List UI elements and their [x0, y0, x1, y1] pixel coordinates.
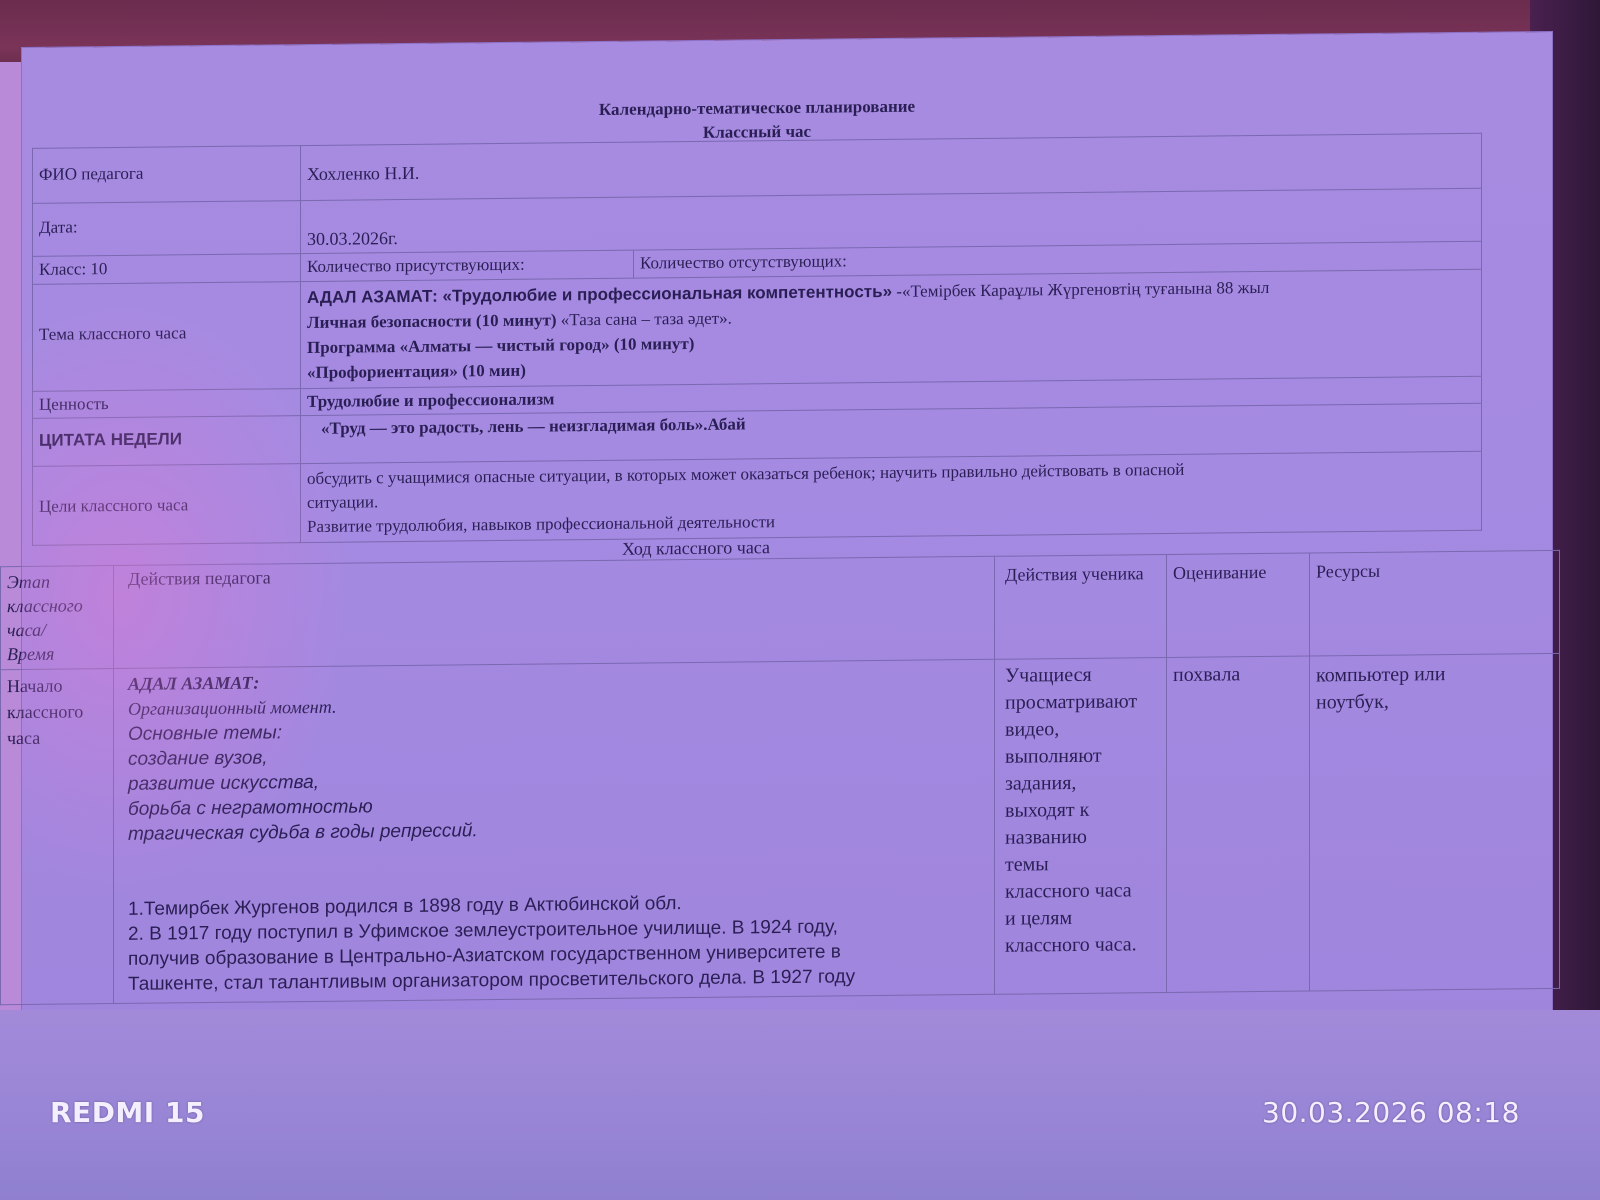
flow-table: Этап классного часа/ Время Действия педа… [0, 550, 1560, 1005]
student-line: выходят к [1005, 796, 1160, 825]
present-count-label: Количество присутствующих: [301, 250, 634, 281]
info-table: ФИО педагога Хохленко Н.И. Дата: 30.03.2… [32, 133, 1482, 546]
student-line: просматривают [1005, 688, 1160, 717]
student-line: задания, [1005, 769, 1160, 798]
header-stage: Этап классного часа/ Время [1, 566, 114, 670]
camera-device-watermark: REDMI 15 [50, 1096, 205, 1129]
header-stage-line: Этап [7, 569, 107, 594]
flow-caption: Ход классного часа [622, 537, 770, 560]
student-line: и целям [1005, 904, 1160, 933]
student-line: классного часа [1005, 877, 1160, 906]
table-row: Начало классного часа АДАЛ АЗАМАТ: Орган… [1, 653, 1560, 1004]
header-student-actions: Действия ученика [995, 555, 1167, 660]
stage-cell: Начало классного часа [1, 669, 114, 1005]
stage-line: часа [7, 724, 107, 751]
student-line: выполняют [1005, 742, 1160, 771]
goals-text: обсудить с учащимися опасные ситуации, в… [301, 451, 1482, 542]
topic-value: АДАЛ АЗАМАТ: «Трудолюбие и профессиональ… [301, 269, 1482, 388]
header-resources: Ресурсы [1310, 550, 1560, 656]
date-label: Дата: [33, 201, 301, 257]
header-stage-line: Время [7, 641, 107, 666]
student-line: темы [1005, 850, 1160, 879]
teacher-label: ФИО педагога [33, 146, 301, 204]
camera-timestamp-watermark: 30.03.2026 08:18 [1262, 1096, 1520, 1129]
resources-line: компьютер или [1316, 660, 1553, 689]
header-teacher-actions: Действия педагога [114, 556, 995, 668]
value-label: Ценность [33, 389, 301, 419]
header-stage-line: классного [7, 593, 107, 618]
goals-label: Цели классного часа [33, 464, 301, 546]
student-actions-cell: Учащиеся просматривают видео, выполняют … [995, 658, 1167, 995]
topic-line2-bold: Личная безопасности (10 минут) [307, 310, 557, 332]
topic-label: Тема классного часа [33, 282, 301, 392]
quote-label: ЦИТАТА НЕДЕЛИ [33, 416, 301, 467]
topic-line2-rest: «Таза сана – таза әдет». [557, 309, 732, 330]
header-stage-line: часа/ [7, 617, 107, 642]
class-label: Класс: 10 [33, 254, 301, 285]
assessment-cell: похвала [1167, 656, 1310, 992]
student-line: видео, [1005, 715, 1160, 744]
topic-line1-bold: АДАЛ АЗАМАТ: «Трудолюбие и профессиональ… [307, 282, 892, 307]
student-line: классного часа. [1005, 931, 1160, 960]
document-page: Календарно-тематическое планирование Кла… [22, 32, 1552, 1158]
topic-line1-rest: -«Темірбек Караұлы Жүргеновтің туғанына … [892, 278, 1269, 301]
stage-line: Начало [7, 672, 107, 699]
resources-line: ноутбук, [1316, 687, 1553, 716]
header-assessment: Оценивание [1167, 553, 1310, 657]
stage-line: классного [7, 698, 107, 725]
resources-cell: компьютер или ноутбук, [1310, 653, 1560, 991]
student-line: Учащиеся [1005, 661, 1160, 690]
student-line: названию [1005, 823, 1160, 852]
teacher-actions-cell: АДАЛ АЗАМАТ: Организационный момент. Осн… [114, 659, 995, 1003]
